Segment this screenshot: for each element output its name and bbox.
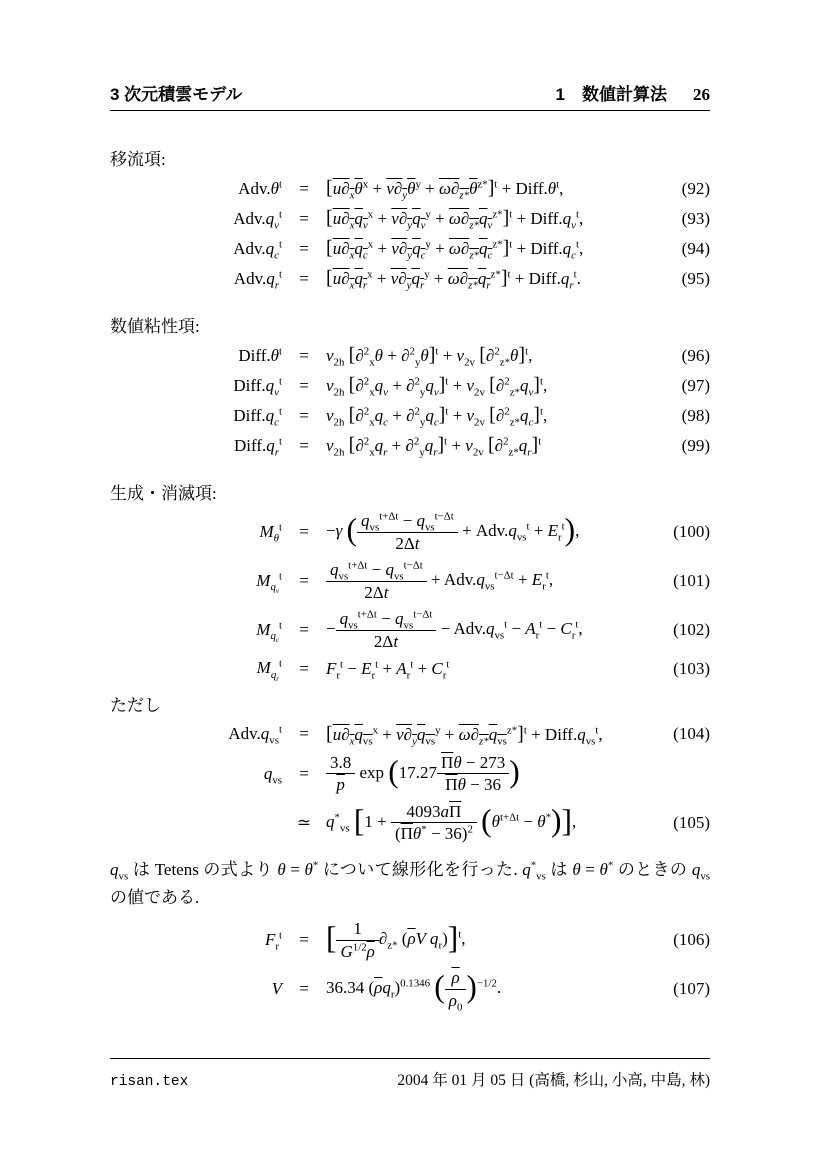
equation-lhs: Adv.qvst	[110, 724, 282, 744]
equation-rhs: qvst+Δt − qvst−Δt2Δt + Adv.qvst−Δt + Ert…	[326, 560, 658, 602]
header-right-group: 1 数値計算法 26	[556, 80, 710, 105]
equation-row-107: V = 36.34 (ρqr)0.1346 (ρρ0)−1/2. (107)	[110, 968, 710, 1010]
equation-rhs: ν2h [∂2xqr + ∂2yqr]t + ν2v [∂2z*qr]t	[326, 434, 658, 457]
page-footer: risan.tex 2004 年 01 月 05 日 (高橋, 杉山, 小高, …	[110, 1058, 710, 1090]
equation-relation: =	[282, 659, 326, 679]
equation-number: (95)	[658, 269, 710, 289]
equation-row-102: Mqct = −qvst+Δt − qvst−Δt2Δt − Adv.qvst …	[110, 609, 710, 651]
equation-rhs: Frt − Ert + Art + Crt	[326, 659, 658, 679]
equation-number: (101)	[658, 571, 710, 591]
equation-lhs: Mqvt	[110, 571, 282, 592]
header-section-title: 1 数値計算法	[556, 80, 667, 105]
equation-lhs: Adv.qct	[110, 239, 282, 259]
equation-row-92: Adv.θt = [u∂xθx + v∂yθy + ω∂z*θz*]t + Di…	[110, 177, 710, 200]
section-label-source-sink: 生成・消滅項:	[110, 479, 710, 504]
equation-lhs: Diff.qvt	[110, 376, 282, 396]
equation-row-104: Adv.qvst = [u∂xqvsx + v∂yqvsy + ω∂z*qvsz…	[110, 723, 710, 746]
page-header: 3 次元積雲モデル 1 数値計算法 26	[110, 0, 710, 105]
footer-rule	[110, 1058, 710, 1059]
equation-rhs: q*vs [1 + 4093aΠ(Πθ* − 36)2 (θt+Δt − θ*)…	[326, 802, 658, 844]
equation-number: (98)	[658, 406, 710, 426]
equation-relation: =	[282, 346, 326, 366]
equation-row-106: Frt = [1G1/2ρ∂z* (ρV qr)]t, (106)	[110, 919, 710, 961]
equation-lhs: qvs	[110, 764, 282, 784]
footer-line: risan.tex 2004 年 01 月 05 日 (高橋, 杉山, 小高, …	[110, 1068, 710, 1090]
equation-lhs: V	[110, 979, 282, 999]
equation-rhs: −qvst+Δt − qvst−Δt2Δt − Adv.qvst − Art −…	[326, 609, 658, 651]
equation-rhs: ν2h [∂2xqc + ∂2yqc]t + ν2v [∂2z*qc]t,	[326, 404, 658, 427]
equation-number: (105)	[658, 813, 710, 833]
footer-filename: risan.tex	[110, 1074, 188, 1090]
equation-number: (99)	[658, 436, 710, 456]
equation-row-97: Diff.qvt = ν2h [∂2xqv + ∂2yqv]t + ν2v [∂…	[110, 374, 710, 397]
equation-relation: =	[282, 571, 326, 591]
equation-relation: =	[282, 376, 326, 396]
equation-relation: =	[282, 930, 326, 950]
equation-row-105: ≃ q*vs [1 + 4093aΠ(Πθ* − 36)2 (θt+Δt − θ…	[110, 802, 710, 844]
equation-number: (100)	[658, 522, 710, 542]
equation-relation: =	[282, 239, 326, 259]
equation-number: (93)	[658, 209, 710, 229]
equation-row-93: Adv.qvt = [u∂xqvx + v∂yqvy + ω∂z*qvz*]t …	[110, 207, 710, 230]
equation-relation: =	[282, 436, 326, 456]
section-label-advection: 移流項:	[110, 145, 710, 170]
equation-row-99: Diff.qrt = ν2h [∂2xqr + ∂2yqr]t + ν2v [∂…	[110, 434, 710, 457]
header-page-number: 26	[693, 85, 710, 105]
equation-lhs: Adv.qvt	[110, 209, 282, 229]
section-label-viscosity: 数値粘性項:	[110, 312, 710, 337]
equation-row-94: Adv.qct = [u∂xqcx + v∂yqcy + ω∂z*qcz*]t …	[110, 237, 710, 260]
equation-number: (97)	[658, 376, 710, 396]
equation-relation: =	[282, 979, 326, 999]
equation-number: (102)	[658, 620, 710, 640]
equation-lhs: Mqrt	[110, 658, 282, 679]
equation-row-95: Adv.qrt = [u∂xqrx + v∂yqry + ω∂z*qrz*]t …	[110, 267, 710, 290]
equation-rhs: [u∂xθx + v∂yθy + ω∂z*θz*]t + Diff.θt,	[326, 177, 658, 200]
equation-rhs: [1G1/2ρ∂z* (ρV qr)]t,	[326, 919, 658, 961]
equation-lhs: Diff.qct	[110, 406, 282, 426]
equation-relation: =	[282, 764, 326, 784]
equation-relation: ≃	[282, 813, 326, 833]
equation-number: (107)	[658, 979, 710, 999]
equation-rhs: ν2h [∂2xqv + ∂2yqv]t + ν2v [∂2z*qv]t,	[326, 374, 658, 397]
equation-relation: =	[282, 269, 326, 289]
footer-date-authors: 2004 年 01 月 05 日 (高橋, 杉山, 小高, 中島, 林)	[397, 1068, 710, 1090]
equation-lhs: Mqct	[110, 620, 282, 641]
equation-lhs: Diff.θt	[110, 346, 282, 366]
equation-lhs: Diff.qrt	[110, 436, 282, 456]
page-content: 3 次元積雲モデル 1 数値計算法 26 移流項: Adv.θt = [u∂xθ…	[110, 0, 710, 1017]
equation-row-101: Mqvt = qvst+Δt − qvst−Δt2Δt + Adv.qvst−Δ…	[110, 560, 710, 602]
equation-number: (103)	[658, 659, 710, 679]
equation-number: (92)	[658, 179, 710, 199]
equation-relation: =	[282, 179, 326, 199]
equation-rhs: [u∂xqvx + v∂yqvy + ω∂z*qvz*]t + Diff.qvt…	[326, 207, 658, 230]
equation-rhs: [u∂xqcx + v∂yqcy + ω∂z*qcz*]t + Diff.qct…	[326, 237, 658, 260]
equation-rhs: [u∂xqvsx + v∂yqvsy + ω∂z*qvsz*]t + Diff.…	[326, 723, 658, 746]
equation-row-100: Mθt = −γ (qvst+Δt − qvst−Δt2Δt + Adv.qvs…	[110, 511, 710, 553]
equation-relation: =	[282, 620, 326, 640]
equation-relation: =	[282, 724, 326, 744]
equation-rhs: −γ (qvst+Δt − qvst−Δt2Δt + Adv.qvst + Er…	[326, 511, 658, 553]
equation-row-98: Diff.qct = ν2h [∂2xqc + ∂2yqc]t + ν2v [∂…	[110, 404, 710, 427]
equation-number: (104)	[658, 724, 710, 744]
header-chapter-title: 3 次元積雲モデル	[110, 80, 242, 105]
equation-rhs: [u∂xqrx + v∂yqry + ω∂z*qrz*]t + Diff.qrt…	[326, 267, 658, 290]
equation-number: (96)	[658, 346, 710, 366]
equation-relation: =	[282, 406, 326, 426]
document-page: 3 次元積雲モデル 1 数値計算法 26 移流項: Adv.θt = [u∂xθ…	[0, 0, 826, 1169]
equation-rhs: 3.8p exp (17.27Πθ − 273Πθ − 36)	[326, 753, 658, 795]
equation-rhs: 36.34 (ρqr)0.1346 (ρρ0)−1/2.	[326, 968, 658, 1010]
equation-lhs: Frt	[110, 930, 282, 950]
equation-lhs: Mθt	[110, 522, 282, 542]
equation-row-qvs: qvs = 3.8p exp (17.27Πθ − 273Πθ − 36)	[110, 753, 710, 795]
equation-number: (106)	[658, 930, 710, 950]
equation-lhs: Adv.θt	[110, 179, 282, 199]
header-rule	[110, 110, 710, 111]
equation-number: (94)	[658, 239, 710, 259]
equation-rhs: ν2h [∂2xθ + ∂2yθ]t + ν2v [∂2z*θ]t,	[326, 344, 658, 367]
equation-relation: =	[282, 522, 326, 542]
equation-row-96: Diff.θt = ν2h [∂2xθ + ∂2yθ]t + ν2v [∂2z*…	[110, 344, 710, 367]
equation-lhs: Adv.qrt	[110, 269, 282, 289]
equation-row-103: Mqrt = Frt − Ert + Art + Crt (103)	[110, 658, 710, 679]
equation-relation: =	[282, 209, 326, 229]
body-paragraph: qvs は Tetens の式より θ = θ* について線形化を行った. q*…	[110, 856, 710, 912]
section-label-where: ただし	[110, 691, 710, 716]
